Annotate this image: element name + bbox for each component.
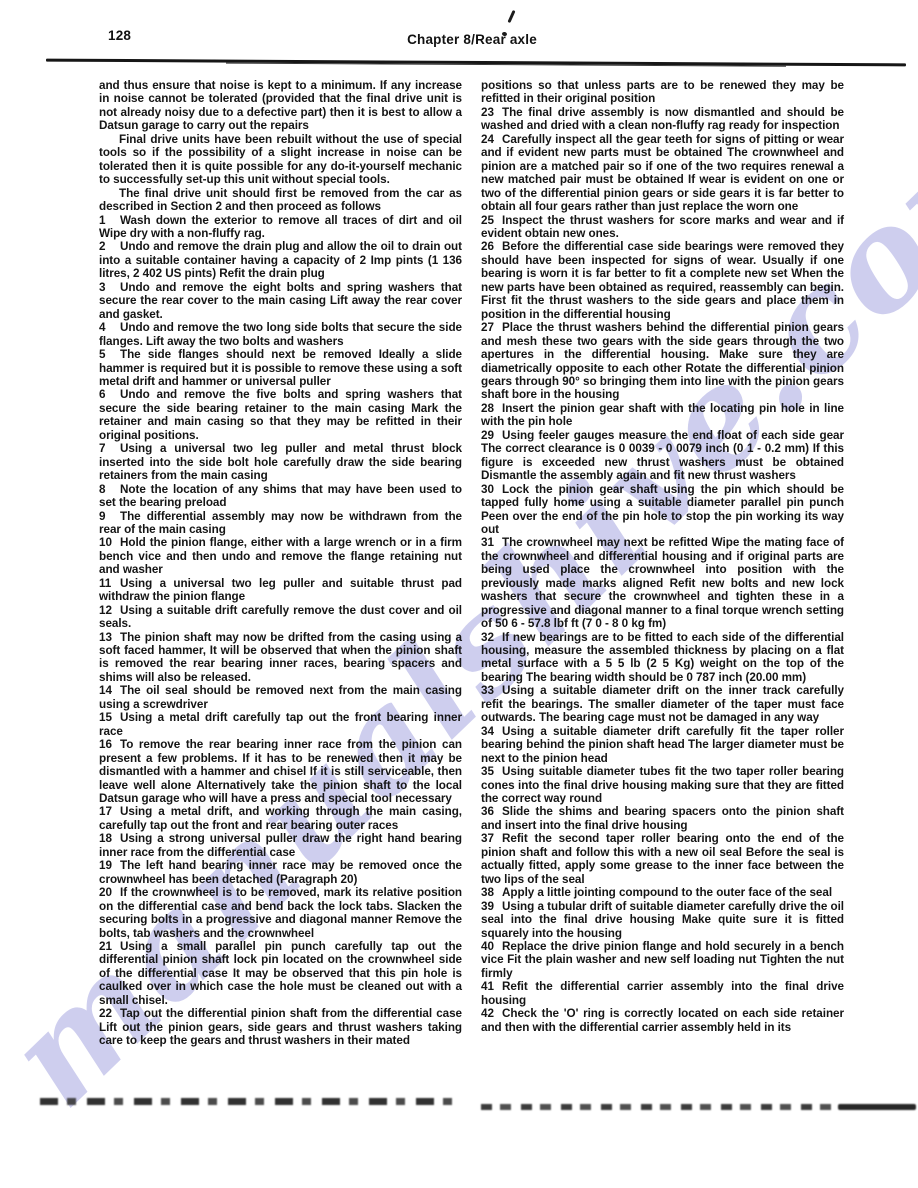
paragraph: and thus ensure that noise is kept to a … xyxy=(99,79,462,133)
paragraph-7: 7Using a universal two leg puller and me… xyxy=(99,442,462,482)
paragraph-42: 42Check the 'O' ring is correctly locate… xyxy=(481,1007,844,1034)
smudge-bar-right xyxy=(838,1104,916,1110)
paragraph-25: 25Inspect the thrust washers for score m… xyxy=(481,214,844,241)
paragraph-32: 32If new bearings are to be fitted to ea… xyxy=(481,631,844,685)
paragraph-13: 13The pinion shaft may now be drifted fr… xyxy=(99,631,462,685)
paragraph-number: 26 xyxy=(481,240,502,253)
paragraph-41: 41Refit the differential carrier assembl… xyxy=(481,980,844,1007)
paragraph-16: 16To remove the rear bearing inner race … xyxy=(99,738,462,805)
smudge-line-left xyxy=(40,1098,462,1105)
paragraph-22: 22Tap out the differential pinion shaft … xyxy=(99,1007,462,1047)
paragraph-8: 8Note the location of any shims that may… xyxy=(99,483,462,510)
paragraph-number: 38 xyxy=(481,886,502,899)
left-column: and thus ensure that noise is kept to a … xyxy=(99,79,462,1048)
paragraph-number: 23 xyxy=(481,106,502,119)
paragraph-number: 12 xyxy=(99,604,120,617)
paragraph-number: 30 xyxy=(481,483,502,496)
paragraph-39: 39Using a tubular drift of suitable diam… xyxy=(481,900,844,940)
paragraph-14: 14The oil seal should be removed next fr… xyxy=(99,684,462,711)
paragraph-20: 20If the crownwheel is to be removed, ma… xyxy=(99,886,462,940)
paragraph-3: 3Undo and remove the eight bolts and spr… xyxy=(99,281,462,321)
paragraph-number: 19 xyxy=(99,859,120,872)
paragraph-number: 40 xyxy=(481,940,502,953)
paragraph-23: 23The final drive assembly is now disman… xyxy=(481,106,844,133)
paragraph-number: 13 xyxy=(99,631,120,644)
paragraph-38: 38Apply a little jointing compound to th… xyxy=(481,886,844,899)
ink-stroke xyxy=(507,10,515,23)
paragraph-number: 9 xyxy=(99,510,120,523)
paragraph-number: 29 xyxy=(481,429,502,442)
header-rule xyxy=(46,59,906,67)
paragraph-40: 40Replace the drive pinion flange and ho… xyxy=(481,940,844,980)
paragraph-18: 18Using a strong universal puller draw t… xyxy=(99,832,462,859)
paragraph-number: 41 xyxy=(481,980,502,993)
paragraph-number: 32 xyxy=(481,631,502,644)
paragraph-number: 3 xyxy=(99,281,120,294)
paragraph-29: 29Using feeler gauges measure the end fl… xyxy=(481,429,844,483)
paragraph-5: 5The side flanges should next be removed… xyxy=(99,348,462,388)
paragraph-6: 6Undo and remove the five bolts and spri… xyxy=(99,388,462,442)
paragraph-number: 28 xyxy=(481,402,502,415)
paragraph-number: 36 xyxy=(481,805,502,818)
paragraph-36: 36Slide the shims and bearing spacers on… xyxy=(481,805,844,832)
paragraph-24: 24Carefully inspect all the gear teeth f… xyxy=(481,133,844,214)
paragraph-28: 28Insert the pinion gear shaft with the … xyxy=(481,402,844,429)
paragraph-number: 2 xyxy=(99,240,120,253)
paragraph: The final drive unit should first be rem… xyxy=(99,187,462,214)
paragraph-number: 4 xyxy=(99,321,120,334)
paragraph-number: 15 xyxy=(99,711,120,724)
paragraph-26: 26Before the differential case side bear… xyxy=(481,240,844,321)
paragraph-11: 11Using a universal two leg puller and s… xyxy=(99,577,462,604)
paragraph-number: 20 xyxy=(99,886,120,899)
paragraph-number: 8 xyxy=(99,483,120,496)
paragraph-number: 16 xyxy=(99,738,120,751)
paragraph-2: 2Undo and remove the drain plug and allo… xyxy=(99,240,462,280)
paragraph-30: 30Lock the pinion gear shaft using the p… xyxy=(481,483,844,537)
paragraph-12: 12Using a suitable drift carefully remov… xyxy=(99,604,462,631)
paragraph-9: 9The differential assembly may now be wi… xyxy=(99,510,462,537)
paragraph-number: 24 xyxy=(481,133,502,146)
paragraph-37: 37Refit the second taper roller bearing … xyxy=(481,832,844,886)
paragraph-4: 4Undo and remove the two long side bolts… xyxy=(99,321,462,348)
paragraph-number: 34 xyxy=(481,725,502,738)
paragraph-17: 17Using a metal drift, and working throu… xyxy=(99,805,462,832)
paragraph-number: 7 xyxy=(99,442,120,455)
paragraph-number: 31 xyxy=(481,536,502,549)
smudge-line-right xyxy=(481,1104,841,1110)
paragraph: Final drive units have been rebuilt with… xyxy=(99,133,462,187)
paragraph-number: 33 xyxy=(481,684,502,697)
paragraph-1: 1Wash down the exterior to remove all tr… xyxy=(99,214,462,241)
paragraph-number: 18 xyxy=(99,832,120,845)
paragraph-number: 1 xyxy=(99,214,120,227)
paragraph-number: 21 xyxy=(99,940,120,953)
paragraph-number: 22 xyxy=(99,1007,120,1020)
paragraph-number: 27 xyxy=(481,321,502,334)
paragraph: positions so that unless parts are to be… xyxy=(481,79,844,106)
paragraph-21: 21Using a small parallel pin punch caref… xyxy=(99,940,462,1007)
chapter-title: Chapter 8/Rear axle xyxy=(22,32,918,47)
paragraph-number: 10 xyxy=(99,536,120,549)
right-column: positions so that unless parts are to be… xyxy=(481,79,844,1034)
paragraph-31: 31The crownwheel may next be refitted Wi… xyxy=(481,536,844,630)
paragraph-33: 33Using a suitable diameter drift on the… xyxy=(481,684,844,724)
paragraph-19: 19The left hand bearing inner race may b… xyxy=(99,859,462,886)
paragraph-15: 15Using a metal drift carefully tap out … xyxy=(99,711,462,738)
paragraph-number: 14 xyxy=(99,684,120,697)
paragraph-10: 10Hold the pinion flange, either with a … xyxy=(99,536,462,576)
paragraph-number: 39 xyxy=(481,900,502,913)
paragraph-27: 27Place the thrust washers behind the di… xyxy=(481,321,844,402)
paragraph-number: 35 xyxy=(481,765,502,778)
paragraph-34: 34Using a suitable diameter drift carefu… xyxy=(481,725,844,765)
paragraph-number: 42 xyxy=(481,1007,502,1020)
manual-page: 128 Chapter 8/Rear axle manualshive.com … xyxy=(0,0,918,1188)
paragraph-number: 17 xyxy=(99,805,120,818)
paragraph-35: 35Using suitable diameter tubes fit the … xyxy=(481,765,844,805)
paragraph-number: 11 xyxy=(99,577,120,590)
paragraph-number: 25 xyxy=(481,214,502,227)
paragraph-number: 6 xyxy=(99,388,120,401)
paragraph-number: 37 xyxy=(481,832,502,845)
paragraph-number: 5 xyxy=(99,348,120,361)
